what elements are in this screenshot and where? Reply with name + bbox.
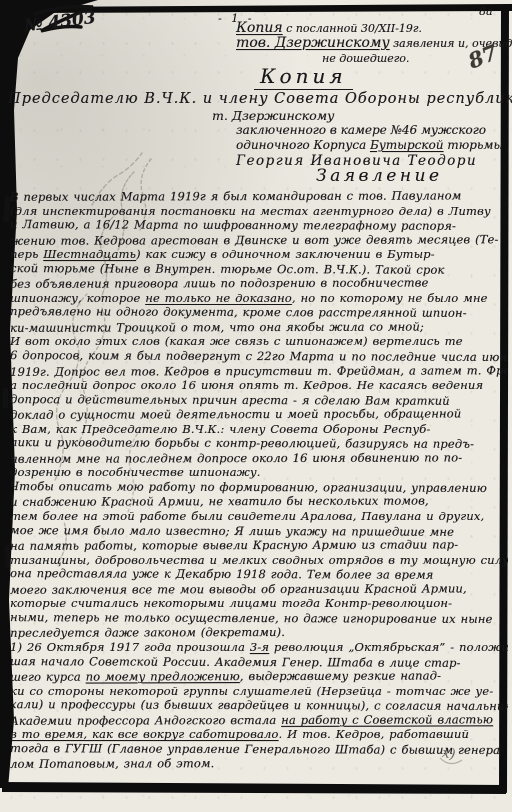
body-line: (для инспектирования постановки на места… [10,204,508,219]
underlined-text: по моему предложению [86,669,240,683]
body-line: 1919г. Допрос вел тов. Кедров в присутст… [10,363,508,379]
bottom-pencil-mark: х) [441,745,457,763]
copy-heading: Копия [254,64,353,90]
body-line: шпионажу, которое не только не доказано,… [10,291,508,306]
body-line: Академии профессора Андогского встала на… [10,712,508,728]
body-line: к Вам, как Председателю В.Ч.К.: члену Со… [10,422,508,437]
body-line: И вот около этих слов (какая же связь с … [10,334,508,349]
body-line: ки со стороны некоторой группы слушателе… [10,684,508,699]
underlined-text: на работу с Советской властью [281,712,493,727]
body-line: на память работы, которые вывели Красную… [10,537,508,553]
scanned-document-page: - 1 - № 4303 8а Копия с посланной 30/ХII… [0,0,512,812]
addressee-line: Председателю В.Ч.К. и члену Совета Оборо… [8,90,506,108]
body-line: предъявлено ни одного документа, кроме с… [10,304,508,320]
body-line: хали) и профессуры (из бывших гвардейцев… [10,697,508,713]
body-line: а последний допрос около 16 июня опять т… [10,378,508,393]
body-line: в то время, как все вокруг саботировало.… [10,727,508,742]
body-line: шего курса по моему предложению, выдержа… [10,668,508,684]
statement-title: Заявление [316,166,442,186]
body-line: преследуется даже законом (декретами). [10,625,508,641]
body-line: 1) 26 Октября 1917 года произошла 3-я ре… [10,640,508,655]
body-line: дозрению в пособничестве шпионажу. [10,465,508,480]
body-line: она представляла уже к Декабрю 1918 года… [10,566,508,582]
body-line: без объявления приговора лишь по подозре… [10,275,508,291]
statement-body: В первых числах Марта 1919г я был команд… [10,189,508,771]
corner-mark: 8а [479,5,493,18]
body-line: и Латвию, а 16/12 Марта по шифрованному … [10,217,508,233]
underlined-text: в то время, как все вокруг саботировало [10,727,278,741]
body-line: которые считались некоторыми лицами тогд… [10,596,508,611]
body-line: жению тов. Кедрова арестован в Двинске и… [10,232,508,248]
body-line: лики и руководителю борьбы с контр-револ… [10,435,508,451]
underlined-text: не только не доказано [145,291,292,305]
addressee-line: т. Дзержинскому [212,108,506,123]
body-line: перь Шестнадцать) как сижу в одиночном з… [10,247,508,262]
body-line: лом Потаповым, знал об этом. [10,756,508,772]
body-line: тем более на этой работе были свидетели … [10,509,508,524]
archive-number: № 4303 [23,8,97,37]
annotation-line: Копия с посланной 30/ХII-19г. [236,21,508,36]
underlined-text: 3-я [250,640,269,654]
body-line: В первых числах Марта 1919г я был команд… [10,188,508,204]
body-line: ки-машинистки Троицкой о том, что она як… [10,319,508,335]
body-line: доклад о сущности моей деятельности и мо… [10,406,508,422]
underlined-text: Шестнадцать [43,247,136,261]
body-line: явленном мне на последнем допросе около … [10,450,508,466]
addressee-line: одиночного Корпуса Бутырской тюрьмы [236,138,506,153]
underlined-text: Бутырской [370,138,443,152]
addressee-block: Председателю В.Ч.К. и члену Совета Оборо… [8,90,506,170]
body-line: тизанщины, добровольчества и мелких свод… [10,553,508,568]
body-line: моего заключения все те мои выводы об ор… [10,581,508,597]
body-line: 6 допросов, коим я был подвергнут с 22го… [10,348,508,364]
underlined-text: тов. Дзержинскому [236,35,390,51]
underlined-text: Копия [236,20,283,36]
addressee-line: заключенного в камере №46 мужского [236,123,506,138]
body-line: и снабжению Красной Армии, не хватило бы… [10,494,508,510]
